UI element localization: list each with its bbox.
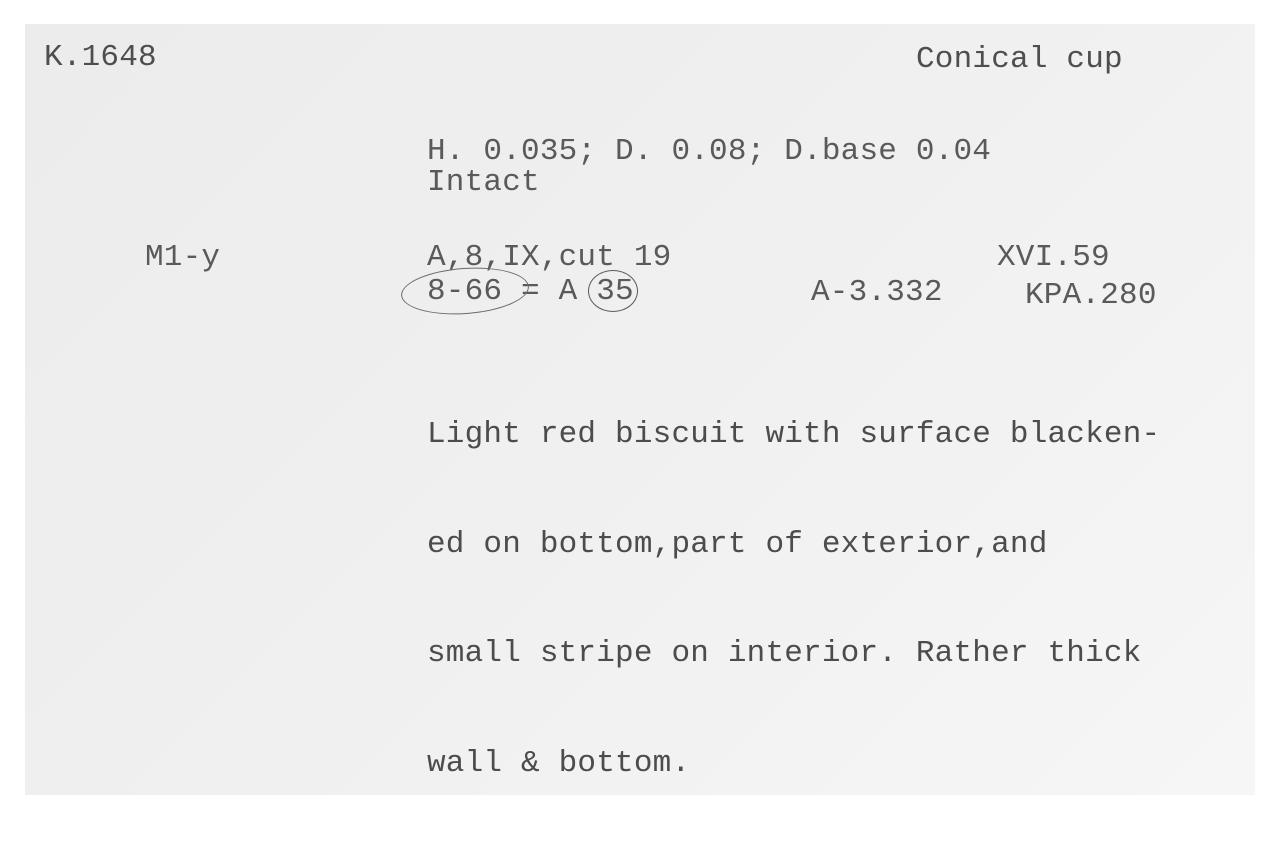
notebook-reference-line: 8-66 = A 35 (427, 276, 634, 307)
inventory-date: XVI.59 (997, 242, 1110, 273)
object-type: Conical cup (916, 44, 1123, 75)
pottery-number: A-3.332 (811, 277, 943, 308)
description: Light red biscuit with surface blacken- … (427, 344, 1160, 820)
circled-notebook-ref: 8-66 (427, 276, 502, 307)
kpa-number: KPA.280 (1025, 280, 1157, 311)
description-line: wall & bottom. (427, 746, 1160, 783)
shape-code: M1-y (145, 242, 220, 273)
condition: Intact (427, 167, 540, 198)
catalog-card: K.1648 Conical cup H. 0.035; D. 0.08; D.… (25, 24, 1255, 795)
circled-number: 35 (596, 276, 634, 307)
description-line: ed on bottom,part of exterior,and (427, 527, 1160, 564)
description-line: Light red biscuit with surface blacken- (427, 417, 1160, 454)
dimensions: H. 0.035; D. 0.08; D.base 0.04 (427, 136, 991, 167)
hand-drawn-oval (400, 264, 531, 319)
description-line: small stripe on interior. Rather thick (427, 636, 1160, 673)
hand-drawn-circle (588, 270, 638, 312)
accession-number: K.1648 (44, 42, 157, 73)
